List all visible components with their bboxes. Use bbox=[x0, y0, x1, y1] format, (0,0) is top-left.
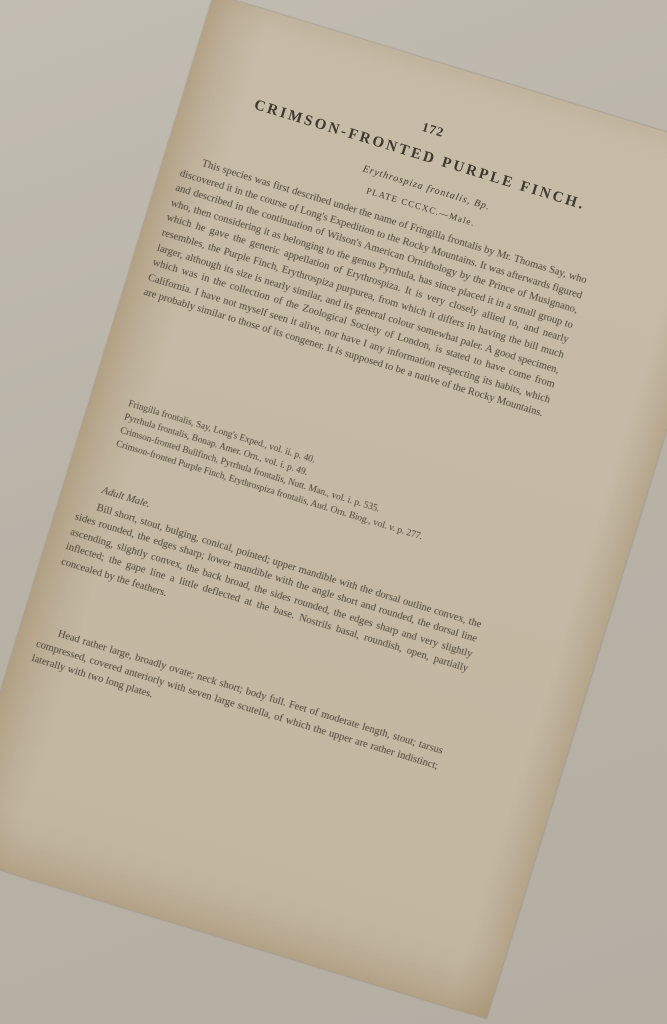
page-number: 172 bbox=[420, 119, 446, 141]
